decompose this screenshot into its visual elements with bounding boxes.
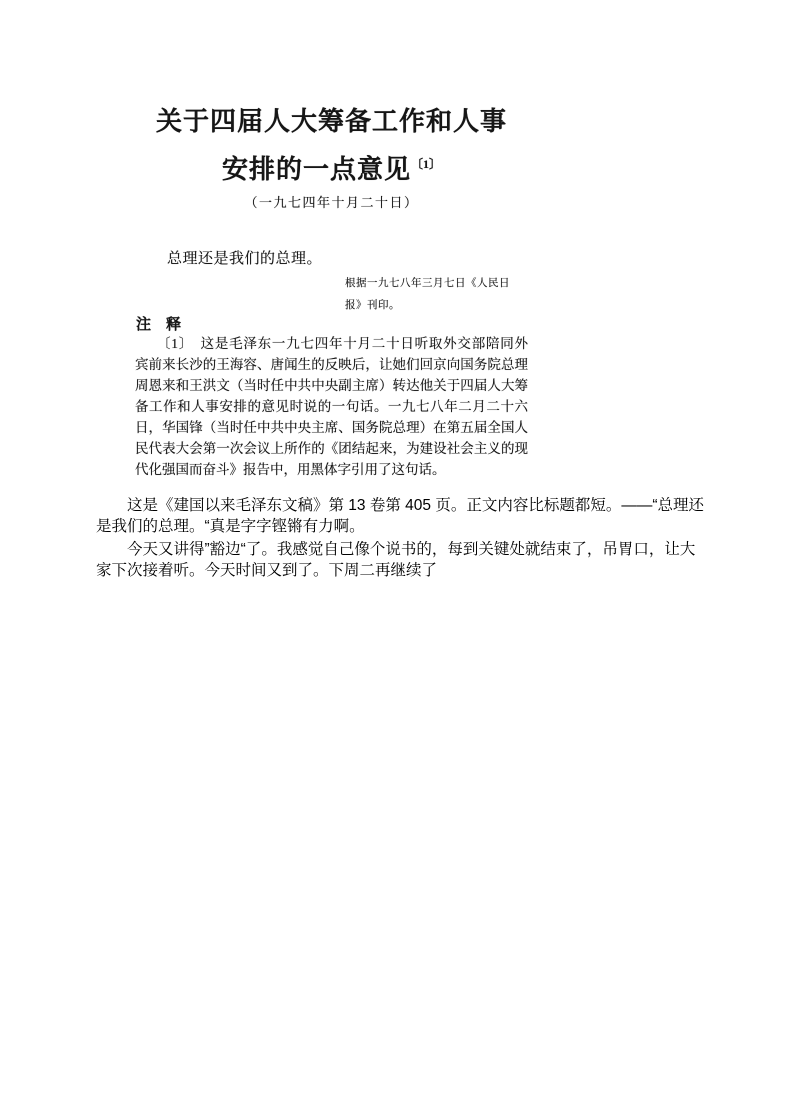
note-line: 代化强国而奋斗》报告中，用黑体字引用了这句话。	[135, 459, 528, 480]
document-title-line2: 安排的一点意见〔1〕	[135, 143, 528, 191]
document-date: （一九七四年十月二十日）	[135, 193, 528, 213]
source-attribution-line1: 根据一九七八年三月七日《人民日	[345, 273, 525, 295]
commentary-paragraph: 今天又讲得”豁边“了。我感觉自己像个说书的，每到关键处就结束了，吊胃口，让大 家…	[96, 539, 716, 581]
source-attribution-line2: 报》刊印。	[345, 295, 525, 317]
commentary-line: 这是《建国以来毛泽东文稿》第 13 卷第 405 页。正文内容比标题都短。——“…	[96, 495, 716, 516]
document-page: 关于四届人大筹备工作和人事 安排的一点意见〔1〕 （一九七四年十月二十日） 总理…	[0, 0, 800, 1100]
commentary-paragraph: 这是《建国以来毛泽东文稿》第 13 卷第 405 页。正文内容比标题都短。——“…	[96, 495, 716, 537]
note-line: 〔1〕 这是毛泽东一九七四年十月二十日听取外交部陪同外	[135, 333, 528, 354]
document-title-line1: 关于四届人大筹备工作和人事	[135, 101, 528, 143]
commentary-line: 是我们的总理。“真是字字铿锵有力啊。	[96, 516, 716, 537]
source-attribution: 根据一九七八年三月七日《人民日 报》刊印。	[345, 273, 525, 317]
commentary-line: 今天又讲得”豁边“了。我感觉自己像个说书的，每到关键处就结束了，吊胃口，让大	[96, 539, 716, 560]
commentary-line: 家下次接着听。今天时间又到了。下周二再继续了	[96, 560, 716, 581]
note-line: 民代表大会第一次会议上所作的《团结起来，为建设社会主义的现	[135, 438, 528, 459]
note-line: 备工作和人事安排的意见时说的一句话。一九七八年二月二十六	[135, 396, 528, 417]
document-body-text: 总理还是我们的总理。	[135, 249, 528, 269]
footnote-reference: 〔1〕	[411, 157, 441, 171]
note-line: 日，华国锋（当时任中共中央主席、国务院总理）在第五届全国人	[135, 417, 528, 438]
scanned-document: 关于四届人大筹备工作和人事 安排的一点意见〔1〕 （一九七四年十月二十日） 总理…	[135, 101, 528, 491]
footnote-block: 〔1〕 这是毛泽东一九七四年十月二十日听取外交部陪同外 宾前来长沙的王海容、唐闻…	[135, 333, 528, 480]
notes-heading: 注 释	[136, 315, 181, 335]
note-line: 宾前来长沙的王海容、唐闻生的反映后，让她们回京向国务院总理	[135, 354, 528, 375]
commentary: 这是《建国以来毛泽东文稿》第 13 卷第 405 页。正文内容比标题都短。——“…	[96, 495, 716, 583]
document-title-line2-text: 安排的一点意见	[222, 155, 411, 184]
note-line: 周恩来和王洪文（当时任中共中央副主席）转达他关于四届人大筹	[135, 375, 528, 396]
